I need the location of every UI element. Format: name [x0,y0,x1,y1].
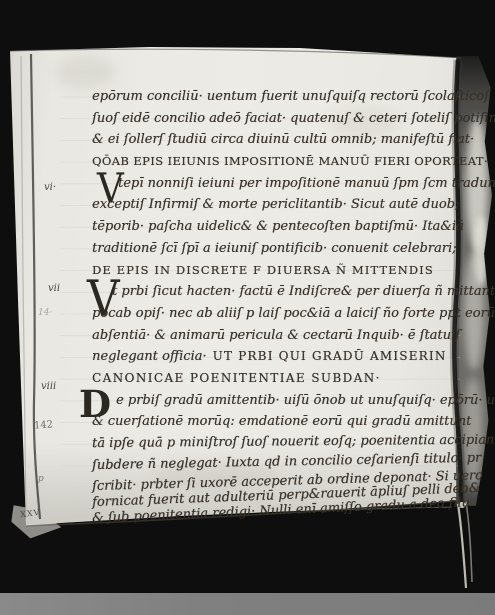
rubric-line: DE EPIS IN DISCRETE F DIUERSA Ñ MITTENDI… [92,260,472,282]
margin-chapter-vii: vii [48,283,60,294]
margin-flourish: p [38,474,44,484]
text-line: & ei ſollerſ ſtudiū circa diuinū cultū o… [92,129,472,151]
rubric-line: CANONICAE POENITENTIAE SUBDAN· [92,368,472,390]
film-strip [0,593,495,615]
margin-chapter-vi: vi· [44,182,56,193]
quire-mark: xxv [19,504,41,520]
fore-edge-highlight [474,216,488,286]
text-line: ſuoſ eidē concilio adeō faciat· quatenuſ… [92,108,472,130]
text-span: neglegant officia· [92,349,207,364]
text-block: epōrum conciliū· uentum fuerit unuſquiſq… [92,86,472,524]
margin-faint-mark: 14· [38,308,52,318]
text-line: abſentiā· & animarū pericula & cectarū I… [92,325,472,347]
text-line: tepī nonniſi ieiuni per impoſitionē manu… [92,173,472,195]
margin-pencil-number: 142 [34,419,54,431]
text-line: t prbi ſicut hacten· factū ē Indiſcre& p… [92,281,472,303]
text-line: epōrum conciliū· uentum fuerit unuſquiſq… [92,86,472,108]
text-line: traditionē ſcī ſpī a ieiuniſ pontificib·… [92,238,472,260]
initial-D: D [79,386,111,423]
text-line: e prbiſ gradū amittentib· uiſū ōnob ut u… [92,390,472,412]
parchment-stain [55,55,115,89]
rubric-line: QŌAB EPIS IEIUNIS IMPOSITIONĒ MANUŪ FIER… [92,151,472,173]
margin-chapter-viii: viii [41,381,56,392]
text-line-mixed: neglegant officia·UT PRBI QUI GRADŪ AMIS… [92,346,472,368]
rubric-span: UT PRBI QUI GRADŪ AMISERIN [213,349,447,363]
initial-V: V [87,274,120,324]
text-line: tēporib· paſcha uidelic& & pentecoſten b… [92,216,472,238]
manuscript-photo: epōrum conciliū· uentum fuerit unuſquiſq… [0,0,495,615]
text-line: exceptiſ Infirmiſ & morte periclitantib·… [92,194,472,216]
initial-V: V [97,168,124,209]
text-line: pocab opiſ· nec ab aliiſ p laiſ poc&iā a… [92,303,472,325]
